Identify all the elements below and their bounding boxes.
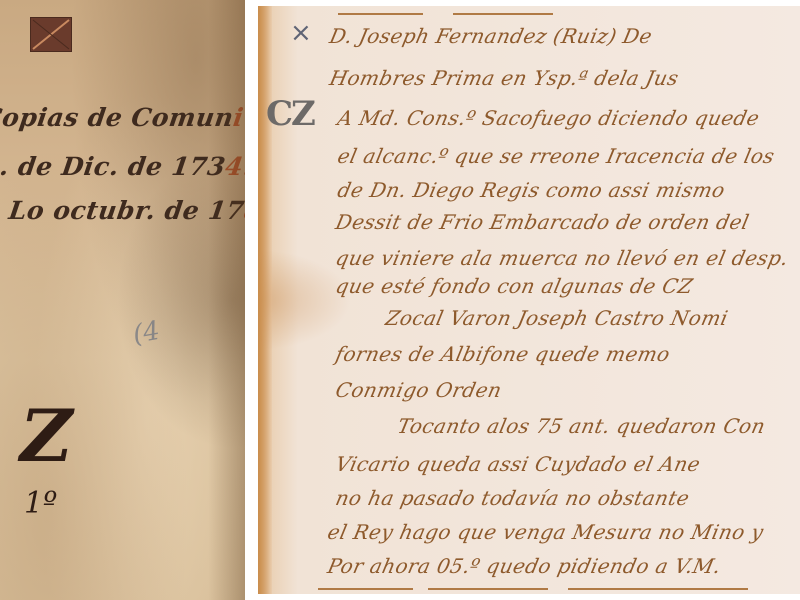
- cover-line-2-suffix: 4.: [223, 152, 245, 181]
- manuscript-line: no ha pasado todavía no obstante: [333, 486, 691, 510]
- margin-initials: CZ: [266, 94, 314, 134]
- pencil-annotation: (4: [131, 316, 162, 350]
- manuscript-line: Por ahora 05.º quedo pidiendo a V.M.: [325, 554, 723, 578]
- manuscript-line: Hombres Prima en Ysp.ª dela Jus: [327, 66, 680, 90]
- cover-line-1-suffix: i: [231, 103, 245, 132]
- manuscript-line: Conmigo Orden: [333, 378, 504, 402]
- manuscript-line: el Rey hago que venga Mesura no Mino y: [325, 520, 765, 544]
- top-rule-1: [338, 13, 423, 15]
- bottom-rule-2: [428, 588, 548, 590]
- bottom-rule-3: [568, 588, 748, 590]
- cover-line-2-text: 2. de Dic. de 173: [0, 152, 228, 181]
- manuscript-line: el alcanc.º que se rreone Iracencia de l…: [335, 144, 776, 168]
- document-cover-panel: Copias de Comuni 2. de Dic. de 1734. 2 L…: [0, 0, 245, 600]
- manuscript-line: que esté fondo con algunas de CZ: [333, 274, 695, 298]
- cover-line-1-text: Copias de Comun: [0, 103, 236, 132]
- shelf-mark-number: 1º: [24, 486, 57, 521]
- manuscript-line: que viniere ala muerca no llevó en el de…: [333, 246, 790, 270]
- shelf-mark-letter: Z: [20, 400, 73, 472]
- cover-title-line-2: 2. de Dic. de 1734.: [0, 152, 245, 181]
- top-rule-2: [453, 13, 553, 15]
- bottom-rule-1: [318, 588, 413, 590]
- manuscript-line: Tocanto alos 75 ant. quedaron Con: [395, 414, 767, 438]
- seal-stamp-icon: [30, 17, 72, 52]
- cover-line-3-suffix: 85.: [242, 196, 245, 225]
- manuscript-line: Vicario queda assi Cuydado el Ane: [333, 452, 702, 476]
- cover-line-3-text: 2 Lo octubr. de 17: [0, 196, 245, 225]
- cover-title-line-1: Copias de Comuni: [0, 103, 245, 132]
- margin-cross-mark: ×: [290, 18, 312, 48]
- manuscript-page-panel: × CZ D. Joseph Fernandez (Ruiz) De Hombr…: [258, 6, 800, 594]
- manuscript-line: Dessit de Frio Embarcado de orden del: [333, 210, 751, 234]
- manuscript-line: de Dn. Diego Regis como assi mismo: [335, 178, 727, 202]
- cover-title-line-3: 2 Lo octubr. de 1785.: [0, 196, 245, 225]
- manuscript-line: A Md. Cons.º Sacofuego diciendo quede: [335, 106, 761, 130]
- manuscript-line: D. Joseph Fernandez (Ruiz) De: [327, 24, 654, 48]
- manuscript-line: Zocal Varon Joseph Castro Nomi: [383, 306, 730, 330]
- manuscript-line: fornes de Albifone quede memo: [333, 342, 672, 366]
